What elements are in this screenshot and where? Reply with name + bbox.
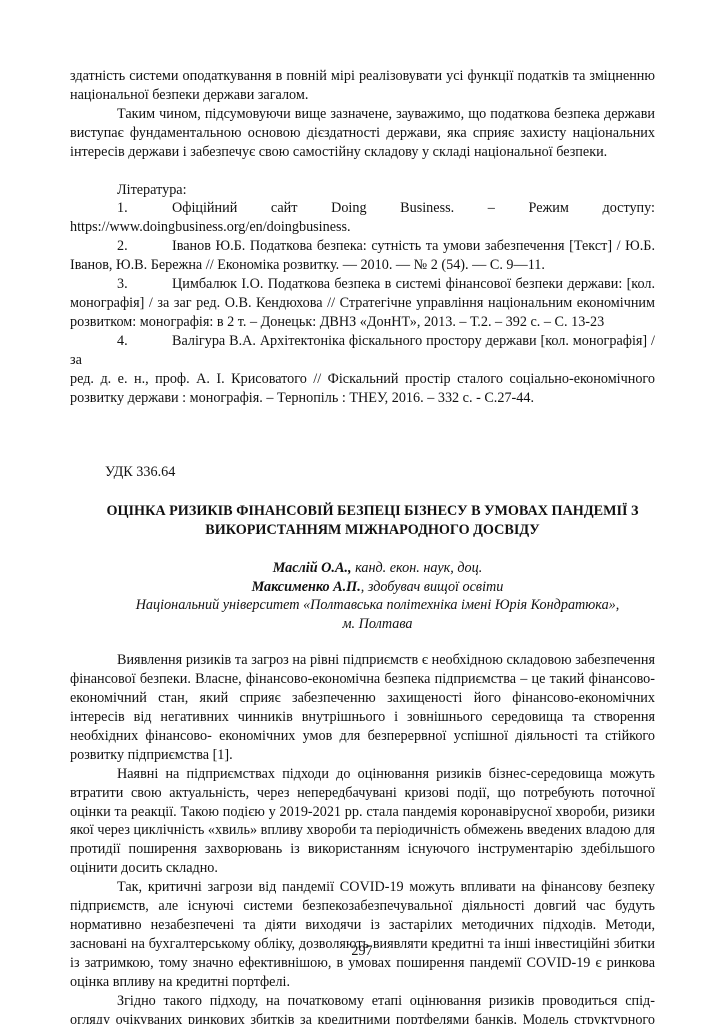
reference-list: 1.Офіційний сайт Doing Business. – Режим… [70, 199, 655, 407]
city: м. Полтава [100, 615, 655, 634]
reference-item-3-first: 3.Цимбалюк І.О. Податкова безпека в сист… [70, 275, 655, 294]
reference-item-2-rest: Іванов, Ю.В. Бережна // Економіка розвит… [70, 256, 655, 275]
reference-number: 2. [117, 237, 172, 256]
reference-text: Офіційний сайт Doing Business. – Режим д… [172, 200, 655, 216]
affiliation: Національний університет «Полтавська пол… [100, 596, 655, 615]
reference-item-1-first: 1.Офіційний сайт Doing Business. – Режим… [70, 199, 655, 218]
body-paragraph: Так, критичні загрози від пандемії COVID… [70, 878, 655, 991]
author-name: Максименко А.П. [252, 579, 361, 595]
prev-paragraph: здатність системи оподаткування в повній… [70, 67, 655, 105]
reference-item-2-first: 2.Іванов Ю.Б. Податкова безпека: сутніст… [70, 237, 655, 256]
article-body: Виявлення ризиків та загроз на рівні під… [70, 651, 655, 1024]
reference-item-3-rest: монографія] / за заг ред. О.В. Кендюхова… [70, 294, 655, 332]
references-heading: Література: [70, 181, 655, 200]
reference-number: 1. [117, 199, 172, 218]
article-title-line: ВИКОРИСТАННЯМ МІЖНАРОДНОГО ДОСВІДУ [90, 521, 655, 540]
reference-item-4-rest: ред. д. е. н., проф. А. І. Крисоватого /… [70, 370, 655, 408]
document-page: здатність системи оподаткування в повній… [70, 67, 655, 1024]
reference-number: 4. [117, 332, 172, 351]
author-2: Максименко А.П., здобувач вищої освіти [100, 578, 655, 597]
reference-text: Цимбалюк І.О. Податкова безпека в систем… [172, 276, 655, 292]
author-1: Маслій О.А., канд. екон. наук, доц. [100, 559, 655, 578]
body-paragraph: Згідно такого підходу, на початковому ет… [70, 992, 655, 1024]
reference-item-1-rest: https://www.doingbusiness.org/en/doingbu… [70, 218, 655, 237]
prev-paragraph: Таким чином, підсумовуючи вище зазначене… [70, 105, 655, 162]
article-title-line: ОЦІНКА РИЗИКІВ ФІНАНСОВІЙ БЕЗПЕЦІ БІЗНЕС… [90, 502, 655, 521]
author-role: канд. екон. наук, доц. [352, 560, 483, 576]
author-block: Маслій О.А., канд. екон. наук, доц. Макс… [70, 559, 655, 633]
article-title: ОЦІНКА РИЗИКІВ ФІНАНСОВІЙ БЕЗПЕЦІ БІЗНЕС… [70, 502, 655, 539]
author-role: , здобувач вищої освіти [361, 579, 504, 595]
body-paragraph: Виявлення ризиків та загроз на рівні під… [70, 651, 655, 764]
reference-number: 3. [117, 275, 172, 294]
author-name: Маслій О.А., [273, 560, 352, 576]
reference-text: Іванов Ю.Б. Податкова безпека: сутність … [172, 238, 655, 254]
udc-code: УДК 336.64 [70, 463, 655, 482]
body-paragraph: Наявні на підприємствах підходи до оціню… [70, 765, 655, 878]
reference-item-4-first: 4.Валігура В.А. Архітектоніка фіскальног… [70, 332, 655, 370]
page-number: 297 [0, 943, 724, 960]
